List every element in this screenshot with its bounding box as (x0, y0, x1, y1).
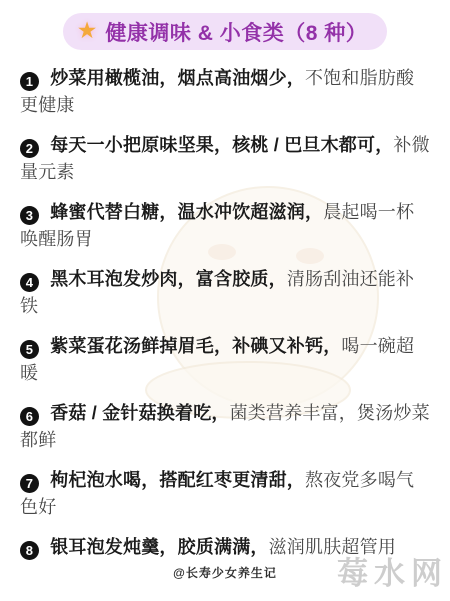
item-number-badge: 7 (20, 474, 39, 493)
tip-item-5: 5 紫菜蛋花汤鲜掉眉毛，补碘又补钙，喝一碗超暖 (20, 333, 432, 387)
tip-bold-text: 香菇 / 金针菇换着吃， (50, 403, 229, 423)
tip-item-1: 1 炒菜用橄榄油，烟点高油烟少，不饱和脂肪酸更健康 (20, 65, 432, 119)
tip-item-8: 8 银耳泡发炖羹，胶质满满，滋润肌肤超管用 (20, 534, 432, 561)
item-number-badge: 8 (20, 541, 39, 560)
tip-regular-text: 滋润肌肤超管用 (269, 537, 396, 557)
tip-bold-text: 黑木耳泡发炒肉，富含胶质， (50, 269, 287, 289)
tips-list: 1 炒菜用橄榄油，烟点高油烟少，不饱和脂肪酸更健康 2 每天一小把原味坚果，核桃… (0, 50, 450, 561)
item-number-badge: 1 (20, 72, 39, 91)
note-page: ★ 健康调味 & 小食类（8 种） 1 炒菜用橄榄油，烟点高油烟少，不饱和脂肪酸… (0, 0, 450, 601)
tip-bold-text: 紫菜蛋花汤鲜掉眉毛，补碘又补钙， (50, 336, 341, 356)
item-number-badge: 6 (20, 407, 39, 426)
star-icon: ★ (77, 19, 98, 42)
tip-bold-text: 枸杞泡水喝，搭配红枣更清甜， (50, 470, 305, 490)
item-number-badge: 5 (20, 340, 39, 359)
tip-item-7: 7 枸杞泡水喝，搭配红枣更清甜，熬夜党多喝气色好 (20, 467, 432, 521)
header-pill: ★ 健康调味 & 小食类（8 种） (63, 13, 387, 50)
tip-bold-text: 蜂蜜代替白糖，温水冲饮超滋润， (50, 202, 323, 222)
tip-item-2: 2 每天一小把原味坚果，核桃 / 巴旦木都可，补微量元素 (20, 132, 432, 186)
author-credit: @长寿少女养生记 (0, 564, 450, 581)
item-number-badge: 3 (20, 206, 39, 225)
item-number-badge: 2 (20, 139, 39, 158)
item-number-badge: 4 (20, 273, 39, 292)
tip-item-6: 6 香菇 / 金针菇换着吃，菌类营养丰富，煲汤炒菜都鲜 (20, 400, 432, 454)
page-title: 健康调味 & 小食类（8 种） (105, 17, 367, 47)
tip-bold-text: 每天一小把原味坚果，核桃 / 巴旦木都可， (50, 135, 393, 155)
tip-item-4: 4 黑木耳泡发炒肉，富含胶质，清肠刮油还能补铁 (20, 266, 432, 320)
header: ★ 健康调味 & 小食类（8 种） (0, 0, 450, 50)
tip-item-3: 3 蜂蜜代替白糖，温水冲饮超滋润，晨起喝一杯唤醒肠胃 (20, 199, 432, 253)
tip-bold-text: 炒菜用橄榄油，烟点高油烟少， (50, 68, 305, 88)
tip-bold-text: 银耳泡发炖羹，胶质满满， (50, 537, 268, 557)
